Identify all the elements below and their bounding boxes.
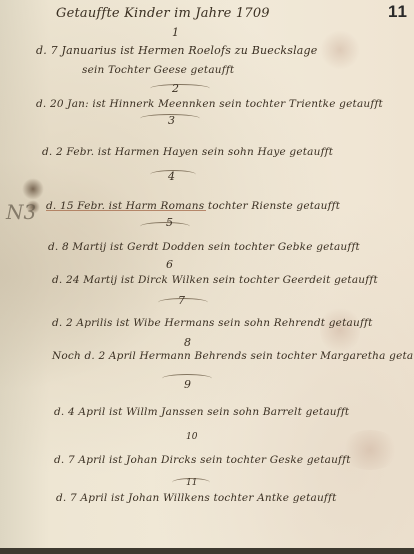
entry-number: 3 [168,114,175,127]
page-bottom-edge [0,548,414,554]
entry-line: d. 7 Januarius ist Hermen Roelofs zu Bue… [36,44,318,57]
entry-line: d. 4 April ist Willm Janssen sein sohn B… [54,406,349,418]
entry-number: 5 [166,216,173,229]
entry-number: 7 [178,294,185,307]
entry-line: d. 2 Febr. ist Harmen Hayen sein sohn Ha… [42,146,333,158]
entry-number: 10 [186,432,197,442]
manuscript-page: 11 Getauffte Kinder im Jahre 1709 N3 1 d… [0,0,414,548]
entry-line: d. 24 Martij ist Dirck Wilken sein tocht… [52,274,378,286]
page-title: Getauffte Kinder im Jahre 1709 [56,6,270,21]
entry-number: 11 [186,478,197,488]
entry-number: 2 [172,82,179,95]
ink-stain [22,178,44,200]
entry-flourish [140,222,190,231]
entry-line: Noch d. 2 April Hermann Behrends sein to… [52,350,414,362]
entry-line: d. 7 April ist Johan Dircks sein tochter… [54,454,351,466]
entry-number: 1 [172,26,179,39]
page-number: 11 [388,2,408,22]
entry-number: 6 [166,258,173,271]
paper-stain [320,30,360,70]
entry-line: sein Tochter Geese getaufft [82,64,234,76]
entry-number: 8 [184,336,191,349]
entry-number: 4 [168,170,175,183]
entry-line: d. 8 Martij ist Gerdt Dodden sein tochte… [48,241,360,253]
entry-flourish [150,84,210,93]
paper-stain [320,305,360,355]
entry-line: d. 7 April ist Johan Willkens tochter An… [56,492,337,504]
entry-line: d. 2 Aprilis ist Wibe Hermans sein sohn … [52,317,373,329]
entry-number: 9 [184,378,191,391]
entry-underline [46,210,206,211]
margin-note: N3 [6,200,36,224]
entry-line: d. 20 Jan: ist Hinnerk Meennken sein toc… [36,98,383,110]
